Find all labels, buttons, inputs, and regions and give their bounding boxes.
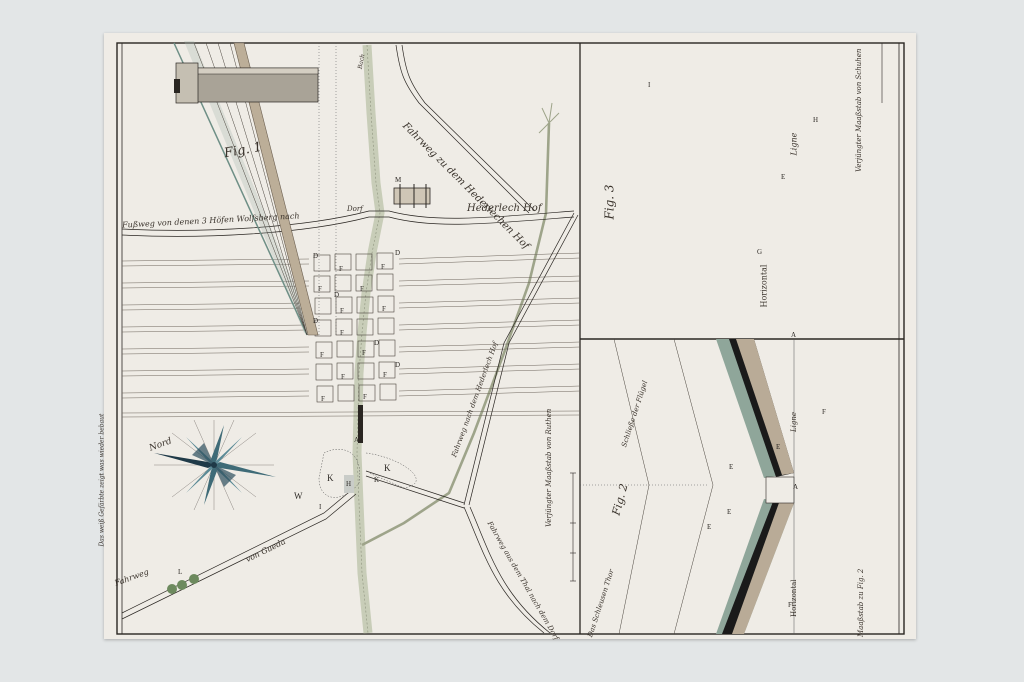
point-letter: K [384,463,391,473]
fig2-horizontal-label: Horizontal [790,579,798,617]
side-note: Das weiß Gefärbte zeigt was wieder bebau… [99,414,106,547]
fig1-village-label: Dorf [347,205,363,213]
point-letter: D [395,361,400,369]
point-letter: D [313,317,318,325]
plot-letter: F [321,395,325,403]
fig1-scale-title: Verjüngter Maaßstab von Ruthen [545,409,553,527]
plot-letter: F [340,307,344,315]
compass-west-label: W [294,491,303,501]
point-letter: D [334,291,339,299]
fig2-letter: F [788,601,792,609]
fig2-letter: E [729,463,733,471]
point-letter: L [178,568,182,576]
plot-letter: F [320,351,324,359]
map-sheet: Fig. 1 Fahrweg zu dem Hederlechen Hof He… [104,33,916,639]
fig2-scale-title: Maaßstab zu Fig. 2 [857,569,865,637]
point-letter: D [395,249,400,257]
fig3-letter: E [781,173,785,181]
compass-rose-icon [154,420,276,510]
plot-letter: F [363,393,367,401]
fig2-letter: A [793,483,798,491]
point-letter: K [327,473,334,483]
fig2-letter: E [727,508,731,516]
point-letter: A [354,436,359,444]
fig3-letter: H [813,116,818,124]
fig2-letter: E [776,443,780,451]
point-letter: D [313,252,318,260]
plot-letter: F [383,371,387,379]
fig3-letter: G [757,248,762,256]
plot-letter: F [360,285,364,293]
point-letter: D [374,339,379,347]
fig3-letter: I [648,81,650,89]
mill-label: M [395,176,401,184]
fig2-line-label: Ligne [790,412,798,432]
fig2-letter: F [822,408,826,416]
plot-letter: F [340,329,344,337]
plot-letter: F [382,305,386,313]
plot-letter: F [362,349,366,357]
fig3-title: Fig. 3 [603,184,617,219]
plot-letter: F [341,373,345,381]
fig3-line-label: Ligne [790,133,799,156]
fig3-horizontal-label: Horizontal [760,265,769,308]
plot-letter: F [318,285,322,293]
fig3-scale-title: Verjüngter Maaßstab von Schuhen [855,49,863,172]
plot-letter: F [339,265,343,273]
fig2-letter: E [707,523,711,531]
point-letter: I [319,503,321,511]
fig1-hederlech-hof-label: Hederlech Hof [467,203,542,214]
point-letter: K [374,476,379,484]
plot-letter: F [381,263,385,271]
point-letter: H [346,480,351,488]
fig3-letter: A [791,331,796,339]
